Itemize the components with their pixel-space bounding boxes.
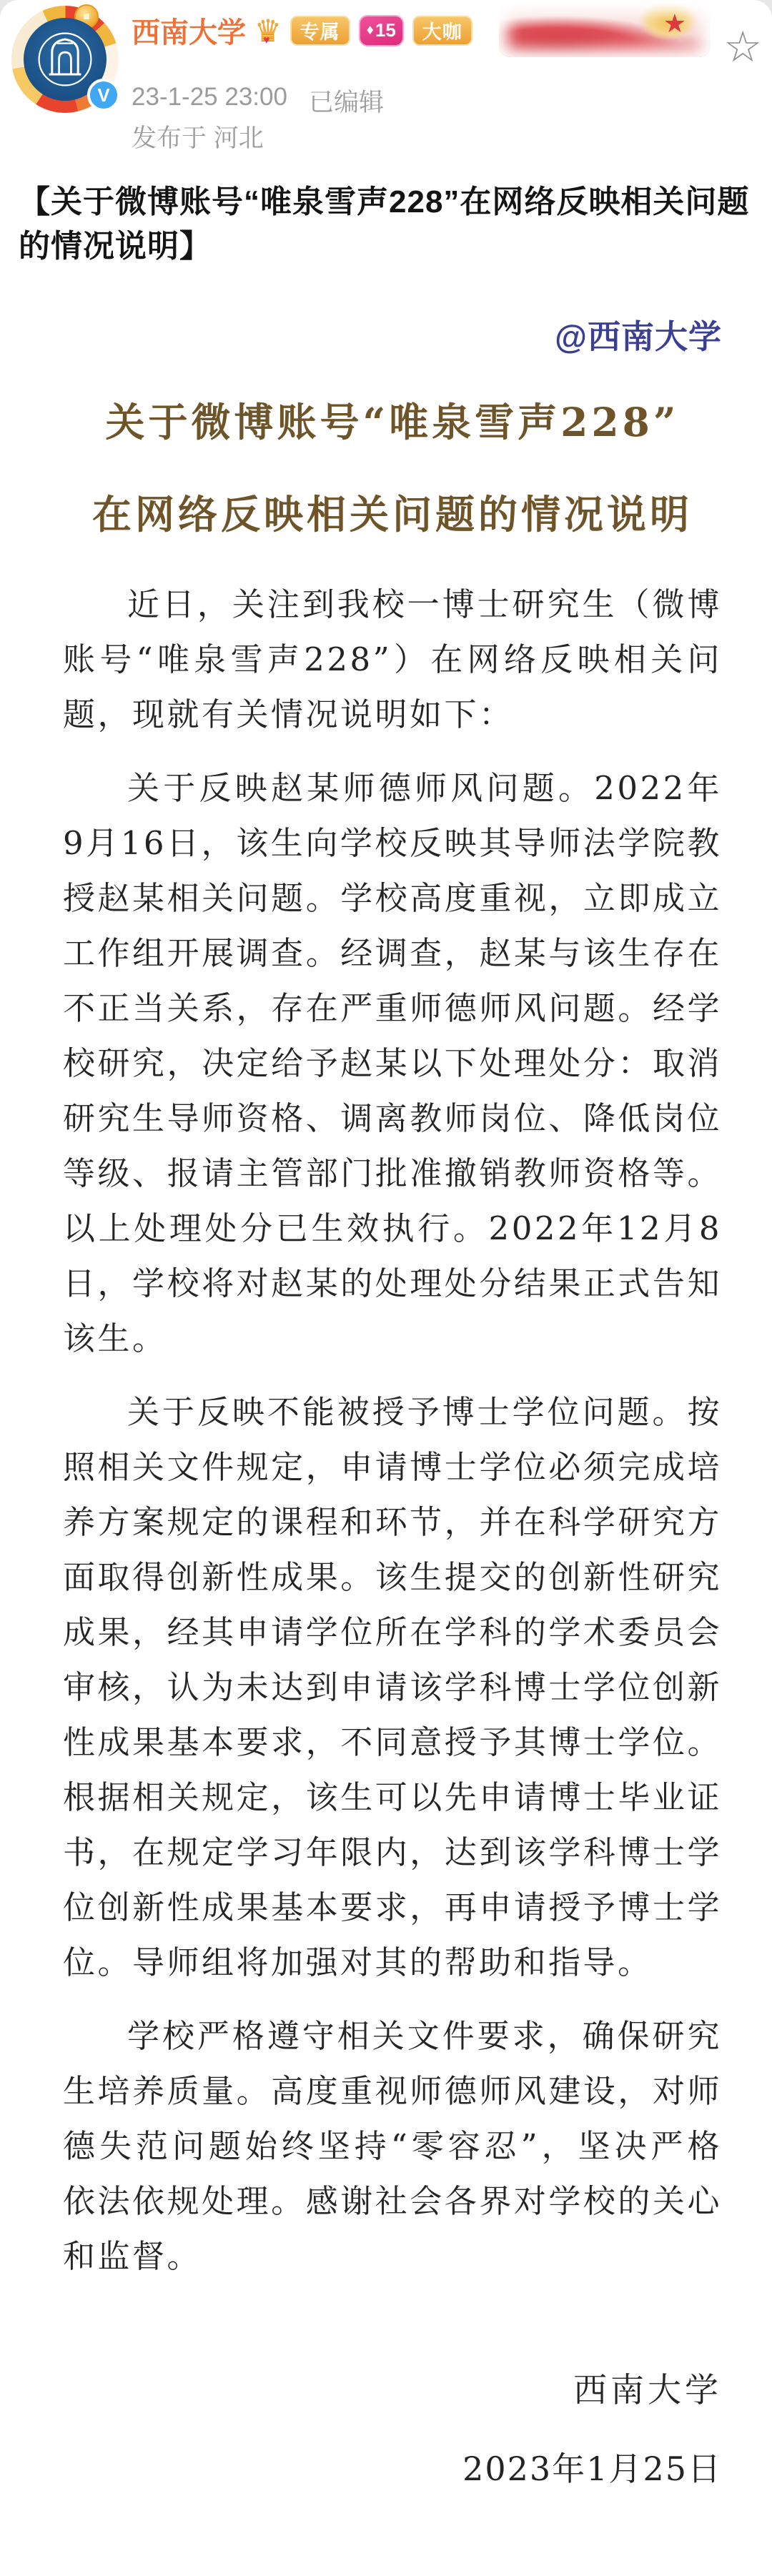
statement-watermark: @西南大学 xyxy=(63,311,722,358)
verified-badge-icon: V xyxy=(87,79,120,112)
timestamp-row: 23-1-25 23:00 已编辑 xyxy=(132,83,384,119)
statement-date: 2023年1月25日 xyxy=(63,2443,722,2490)
favorite-star-icon[interactable]: ☆ xyxy=(723,26,762,69)
username[interactable]: 西南大学 xyxy=(132,10,246,51)
edited-label: 已编辑 xyxy=(309,83,384,119)
statement-signature: 西南大学 xyxy=(63,2364,722,2412)
flag-banner-image: ★ xyxy=(499,3,711,57)
statement-title-line1: 关于微博账号“唯泉雪声228” xyxy=(63,391,722,447)
header-info: 西南大学 ♛♥ 专属 ♦ 15 大咖 xyxy=(132,10,472,51)
post-header: V 西南大学 ♛♥ 专属 ♦ 15 大咖 23-1-25 23:00 已编辑 发… xyxy=(0,0,772,156)
avatar[interactable]: V xyxy=(11,6,119,113)
banner-star-icon: ★ xyxy=(663,9,686,39)
statement-paragraph: 关于反映赵某师德师风问题。2022年9月16日，该生向学校反映其导师法学院教授赵… xyxy=(63,761,722,1366)
crown-gem-icon: ♥ xyxy=(263,26,270,55)
gate-logo-icon xyxy=(35,29,95,89)
member-crown-icon[interactable]: ♛♥ xyxy=(254,16,282,45)
statement-paragraph: 近日，关注到我校一博士研究生（微博账号“唯泉雪声228”）在网络反映相关问题，现… xyxy=(63,577,722,742)
statement-paragraph: 关于反映不能被授予博士学位问题。按照相关文件规定，申请博士学位必须完成培养方案规… xyxy=(63,1384,722,1990)
post-location: 发布于 河北 xyxy=(132,119,264,154)
exclusive-badge[interactable]: 专属 xyxy=(290,16,350,46)
weibo-post-card: V 西南大学 ♛♥ 专属 ♦ 15 大咖 23-1-25 23:00 已编辑 发… xyxy=(0,0,772,2576)
statement-body: 近日，关注到我校一博士研究生（微博账号“唯泉雪声228”）在网络反映相关问题，现… xyxy=(63,577,722,2284)
statement-image[interactable]: @西南大学 关于微博账号“唯泉雪声228” 在网络反映相关问题的情况说明 近日，… xyxy=(0,311,772,2576)
daka-badge[interactable]: 大咖 xyxy=(412,16,472,46)
post-text: 【关于微博账号“唯泉雪声228”在网络反映相关问题的情况说明】 xyxy=(19,180,753,269)
statement-title-line2: 在网络反映相关问题的情况说明 xyxy=(63,483,722,540)
statement-paragraph: 学校严格遵守相关文件要求，确保研究生培养质量。高度重视师德师风建设，对师德失范问… xyxy=(63,2008,722,2284)
gem-icon: ♦ xyxy=(367,22,374,39)
vip-level-badge[interactable]: ♦ 15 xyxy=(359,15,404,46)
timestamp: 23-1-25 23:00 xyxy=(132,83,287,119)
